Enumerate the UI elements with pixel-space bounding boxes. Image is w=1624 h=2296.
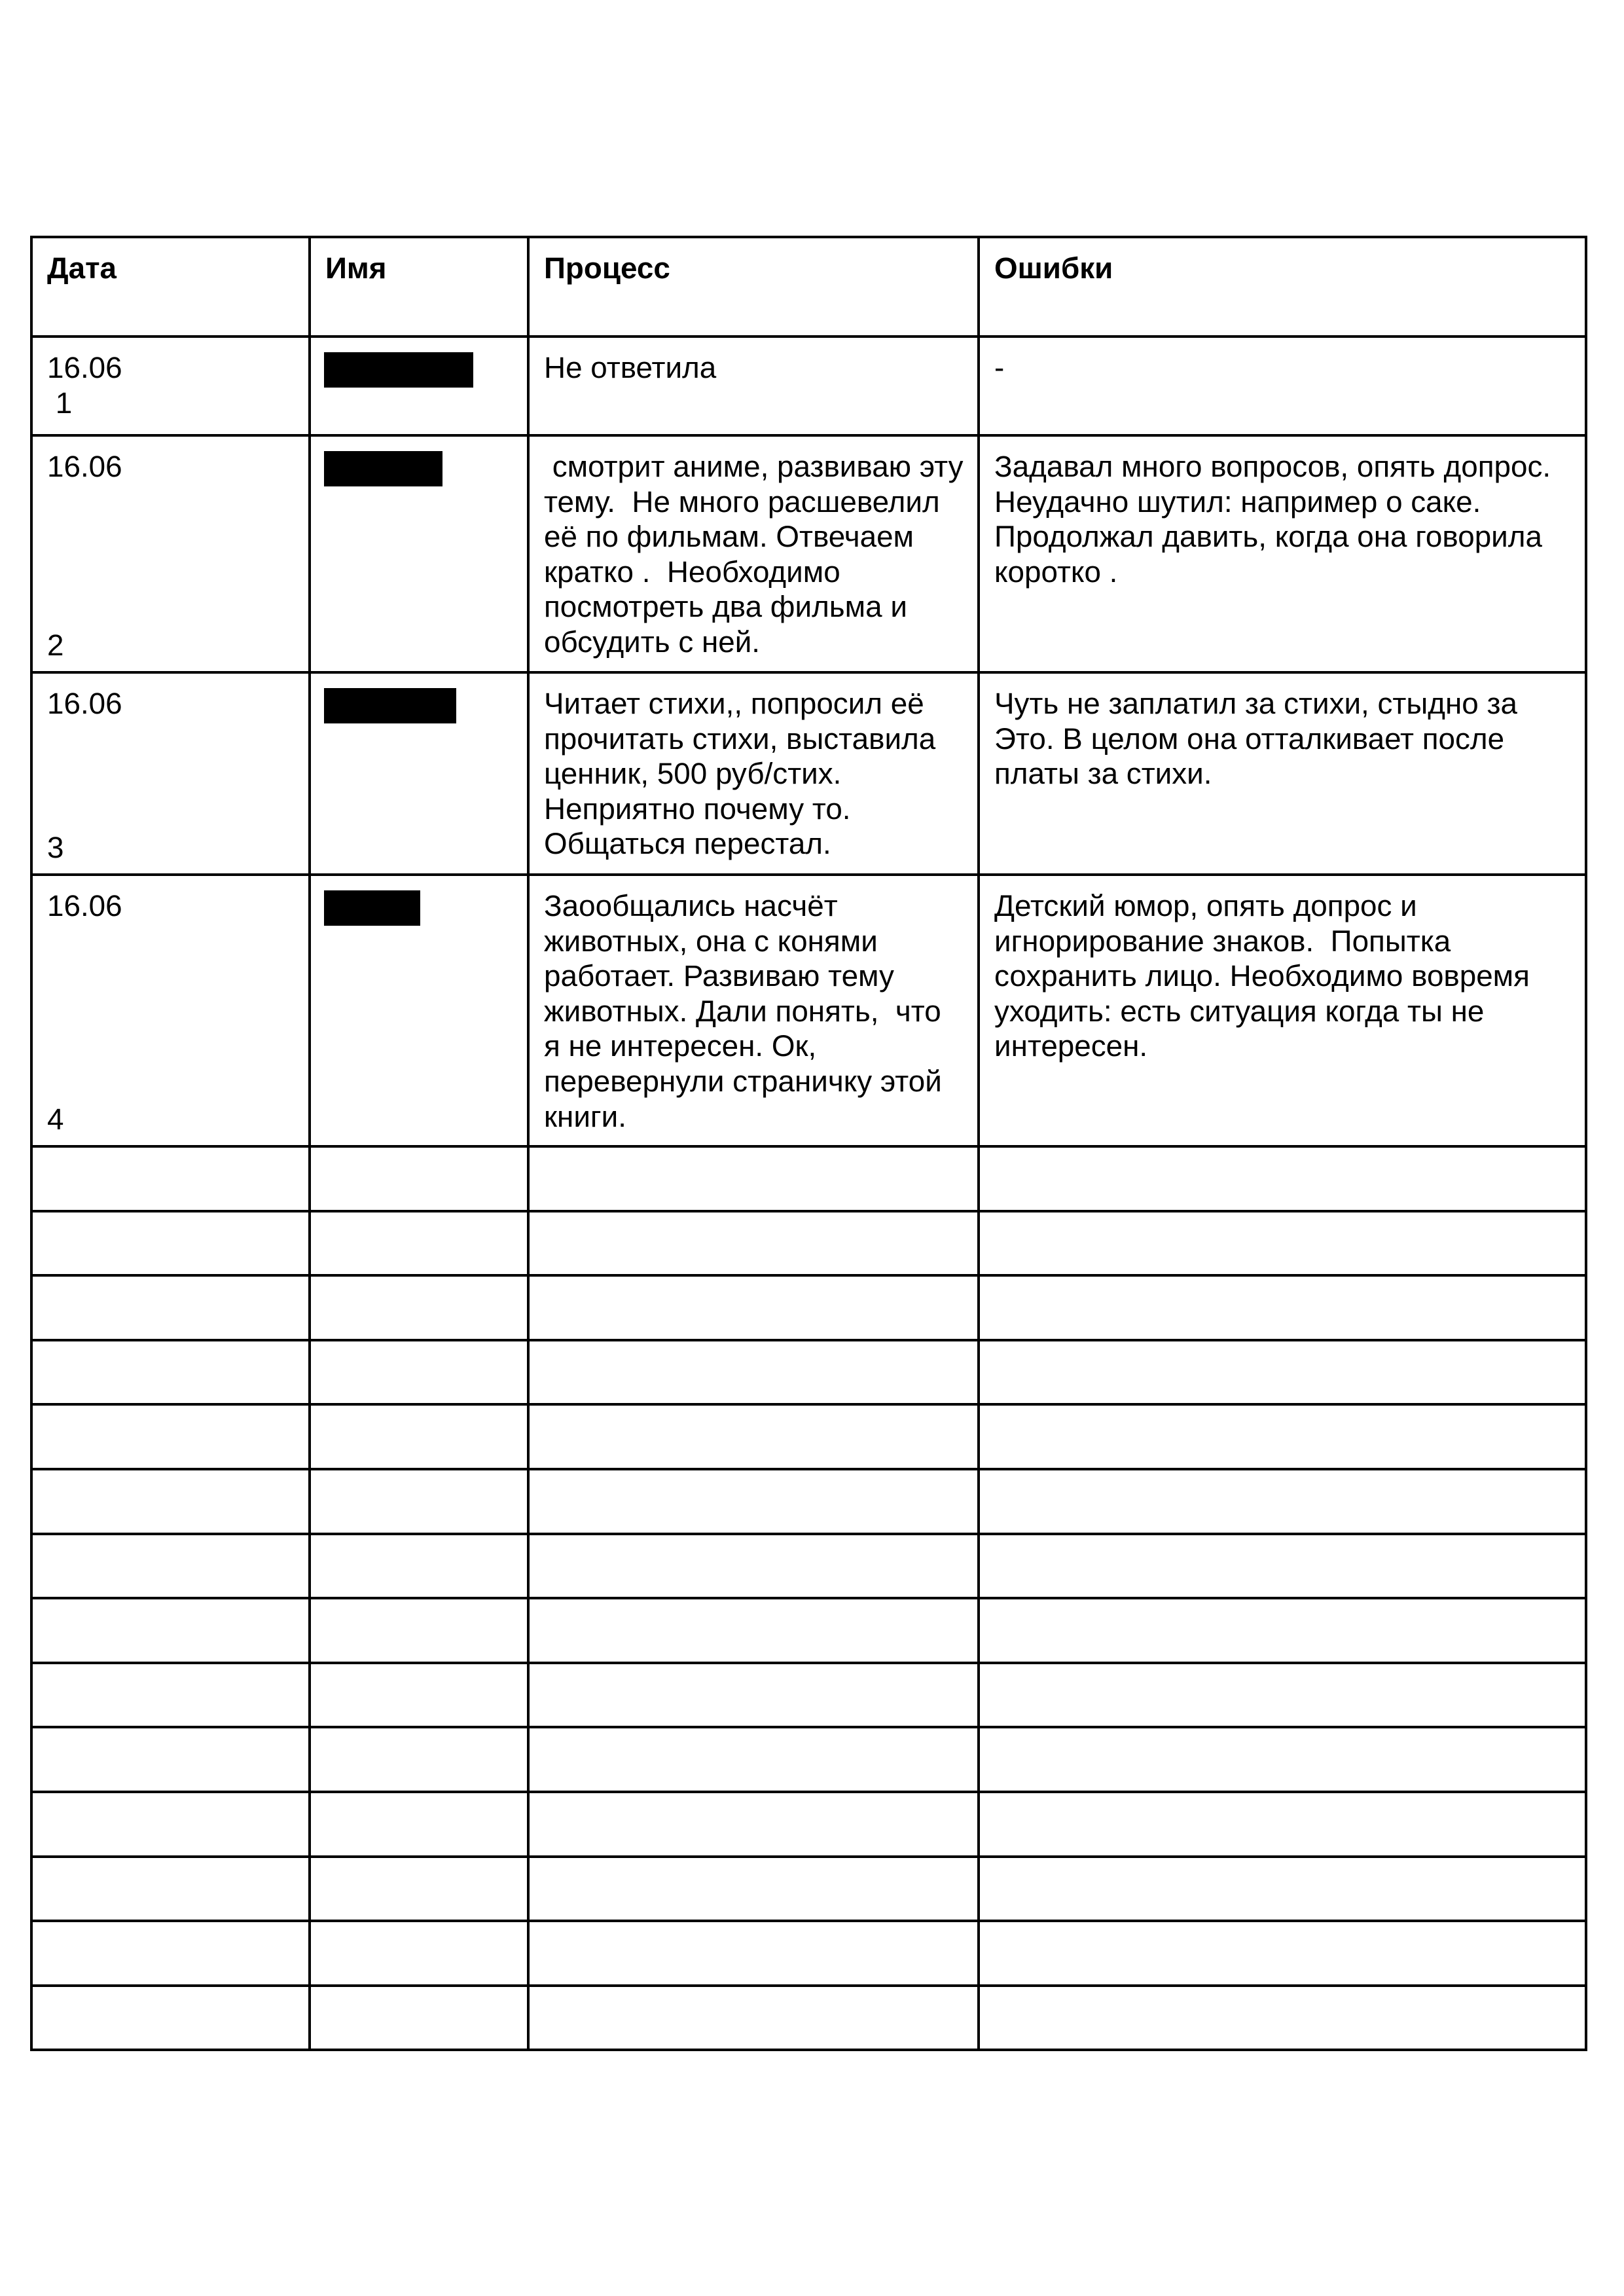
table-row: 16.064 Заообщались насчёт животных, она … (31, 875, 1586, 1146)
errors-cell: - (979, 337, 1586, 435)
date-value: 16.06 (47, 450, 122, 483)
errors-cell (979, 1275, 1586, 1340)
date-cell: 16.063 (31, 672, 310, 875)
name-cell (310, 1921, 528, 1986)
empty-table-row (31, 1792, 1586, 1857)
date-cell (31, 1986, 310, 2050)
table-row: 16.062 смотрит аниме, развиваю эту тему.… (31, 435, 1586, 672)
errors-cell (979, 1404, 1586, 1469)
errors-cell (979, 1211, 1586, 1276)
name-cell (310, 1598, 528, 1663)
date-cell (31, 1857, 310, 1922)
table-header-row: Дата Имя Процесс Ошибки (31, 237, 1586, 337)
errors-cell (979, 1340, 1586, 1405)
name-cell (310, 337, 528, 435)
redacted-name (324, 451, 442, 486)
date-cell (31, 1404, 310, 1469)
header-name: Имя (310, 237, 528, 337)
name-cell (310, 1340, 528, 1405)
errors-cell (979, 1146, 1586, 1211)
errors-cell (979, 1598, 1586, 1663)
errors-cell (979, 1469, 1586, 1534)
errors-cell (979, 1792, 1586, 1857)
header-process: Процесс (528, 237, 979, 337)
process-cell (528, 1792, 979, 1857)
name-cell (310, 435, 528, 672)
name-cell (310, 1275, 528, 1340)
date-cell (31, 1469, 310, 1534)
errors-cell: Задавал много вопросов, опять допрос. Не… (979, 435, 1586, 672)
name-cell (310, 1986, 528, 2050)
name-cell (310, 672, 528, 875)
empty-table-row (31, 1469, 1586, 1534)
name-cell (310, 1404, 528, 1469)
date-cell (31, 1275, 310, 1340)
empty-table-row (31, 1340, 1586, 1405)
date-cell (31, 1340, 310, 1405)
name-cell (310, 1469, 528, 1534)
date-cell (31, 1921, 310, 1986)
process-cell (528, 1598, 979, 1663)
process-cell: смотрит аниме, развиваю эту тему. Не мно… (528, 435, 979, 672)
errors-cell (979, 1921, 1586, 1986)
errors-cell (979, 1727, 1586, 1792)
contact-log-table: Дата Имя Процесс Ошибки 16.06 1 Не ответ… (30, 236, 1587, 2051)
header-errors: Ошибки (979, 237, 1586, 337)
process-cell (528, 1404, 979, 1469)
empty-table-row (31, 1598, 1586, 1663)
table-row: 16.063 Читает стихи,, попросил её прочит… (31, 672, 1586, 875)
process-cell (528, 1921, 979, 1986)
entry-number: 3 (47, 830, 63, 866)
empty-table-row (31, 1146, 1586, 1211)
name-cell (310, 1663, 528, 1728)
process-cell (528, 1857, 979, 1922)
date-value: 16.06 (47, 351, 122, 384)
document-page: Дата Имя Процесс Ошибки 16.06 1 Не ответ… (0, 0, 1624, 2296)
process-cell (528, 1340, 979, 1405)
process-cell (528, 1663, 979, 1728)
process-cell: Заообщались насчёт животных, она с коням… (528, 875, 979, 1146)
entry-number: 4 (47, 1102, 63, 1137)
date-cell (31, 1663, 310, 1728)
empty-table-row (31, 1921, 1586, 1986)
process-cell (528, 1727, 979, 1792)
errors-cell: Чуть не заплатил за стихи, стыдно за Это… (979, 672, 1586, 875)
process-cell: Не ответила (528, 337, 979, 435)
empty-table-row (31, 1663, 1586, 1728)
empty-table-row (31, 1404, 1586, 1469)
name-cell (310, 1857, 528, 1922)
errors-cell (979, 1663, 1586, 1728)
empty-table-row (31, 1727, 1586, 1792)
redacted-name (324, 688, 456, 723)
name-cell (310, 875, 528, 1146)
name-cell (310, 1211, 528, 1276)
table-row: 16.06 1 Не ответила - (31, 337, 1586, 435)
name-cell (310, 1727, 528, 1792)
date-cell (31, 1534, 310, 1599)
process-cell (528, 1275, 979, 1340)
date-value: 16.06 (47, 889, 122, 922)
errors-cell: Детский юмор, опять допрос и игнорирован… (979, 875, 1586, 1146)
date-cell (31, 1598, 310, 1663)
entry-number: 1 (47, 386, 295, 421)
date-value: 16.06 (47, 687, 122, 720)
date-cell: 16.062 (31, 435, 310, 672)
empty-table-row (31, 1211, 1586, 1276)
errors-cell (979, 1534, 1586, 1599)
date-cell (31, 1792, 310, 1857)
date-cell (31, 1727, 310, 1792)
redacted-name (324, 890, 420, 926)
empty-table-row (31, 1275, 1586, 1340)
name-cell (310, 1146, 528, 1211)
date-cell: 16.06 1 (31, 337, 310, 435)
name-cell (310, 1534, 528, 1599)
entry-number: 2 (47, 628, 63, 663)
empty-table-row (31, 1857, 1586, 1922)
date-cell: 16.064 (31, 875, 310, 1146)
process-cell (528, 1986, 979, 2050)
name-cell (310, 1792, 528, 1857)
redacted-name (324, 352, 473, 388)
errors-cell (979, 1986, 1586, 2050)
empty-table-row (31, 1986, 1586, 2050)
errors-cell (979, 1857, 1586, 1922)
process-cell: Читает стихи,, попросил её прочитать сти… (528, 672, 979, 875)
process-cell (528, 1534, 979, 1599)
process-cell (528, 1469, 979, 1534)
date-cell (31, 1146, 310, 1211)
process-cell (528, 1211, 979, 1276)
empty-table-row (31, 1534, 1586, 1599)
header-date: Дата (31, 237, 310, 337)
date-cell (31, 1211, 310, 1276)
process-cell (528, 1146, 979, 1211)
